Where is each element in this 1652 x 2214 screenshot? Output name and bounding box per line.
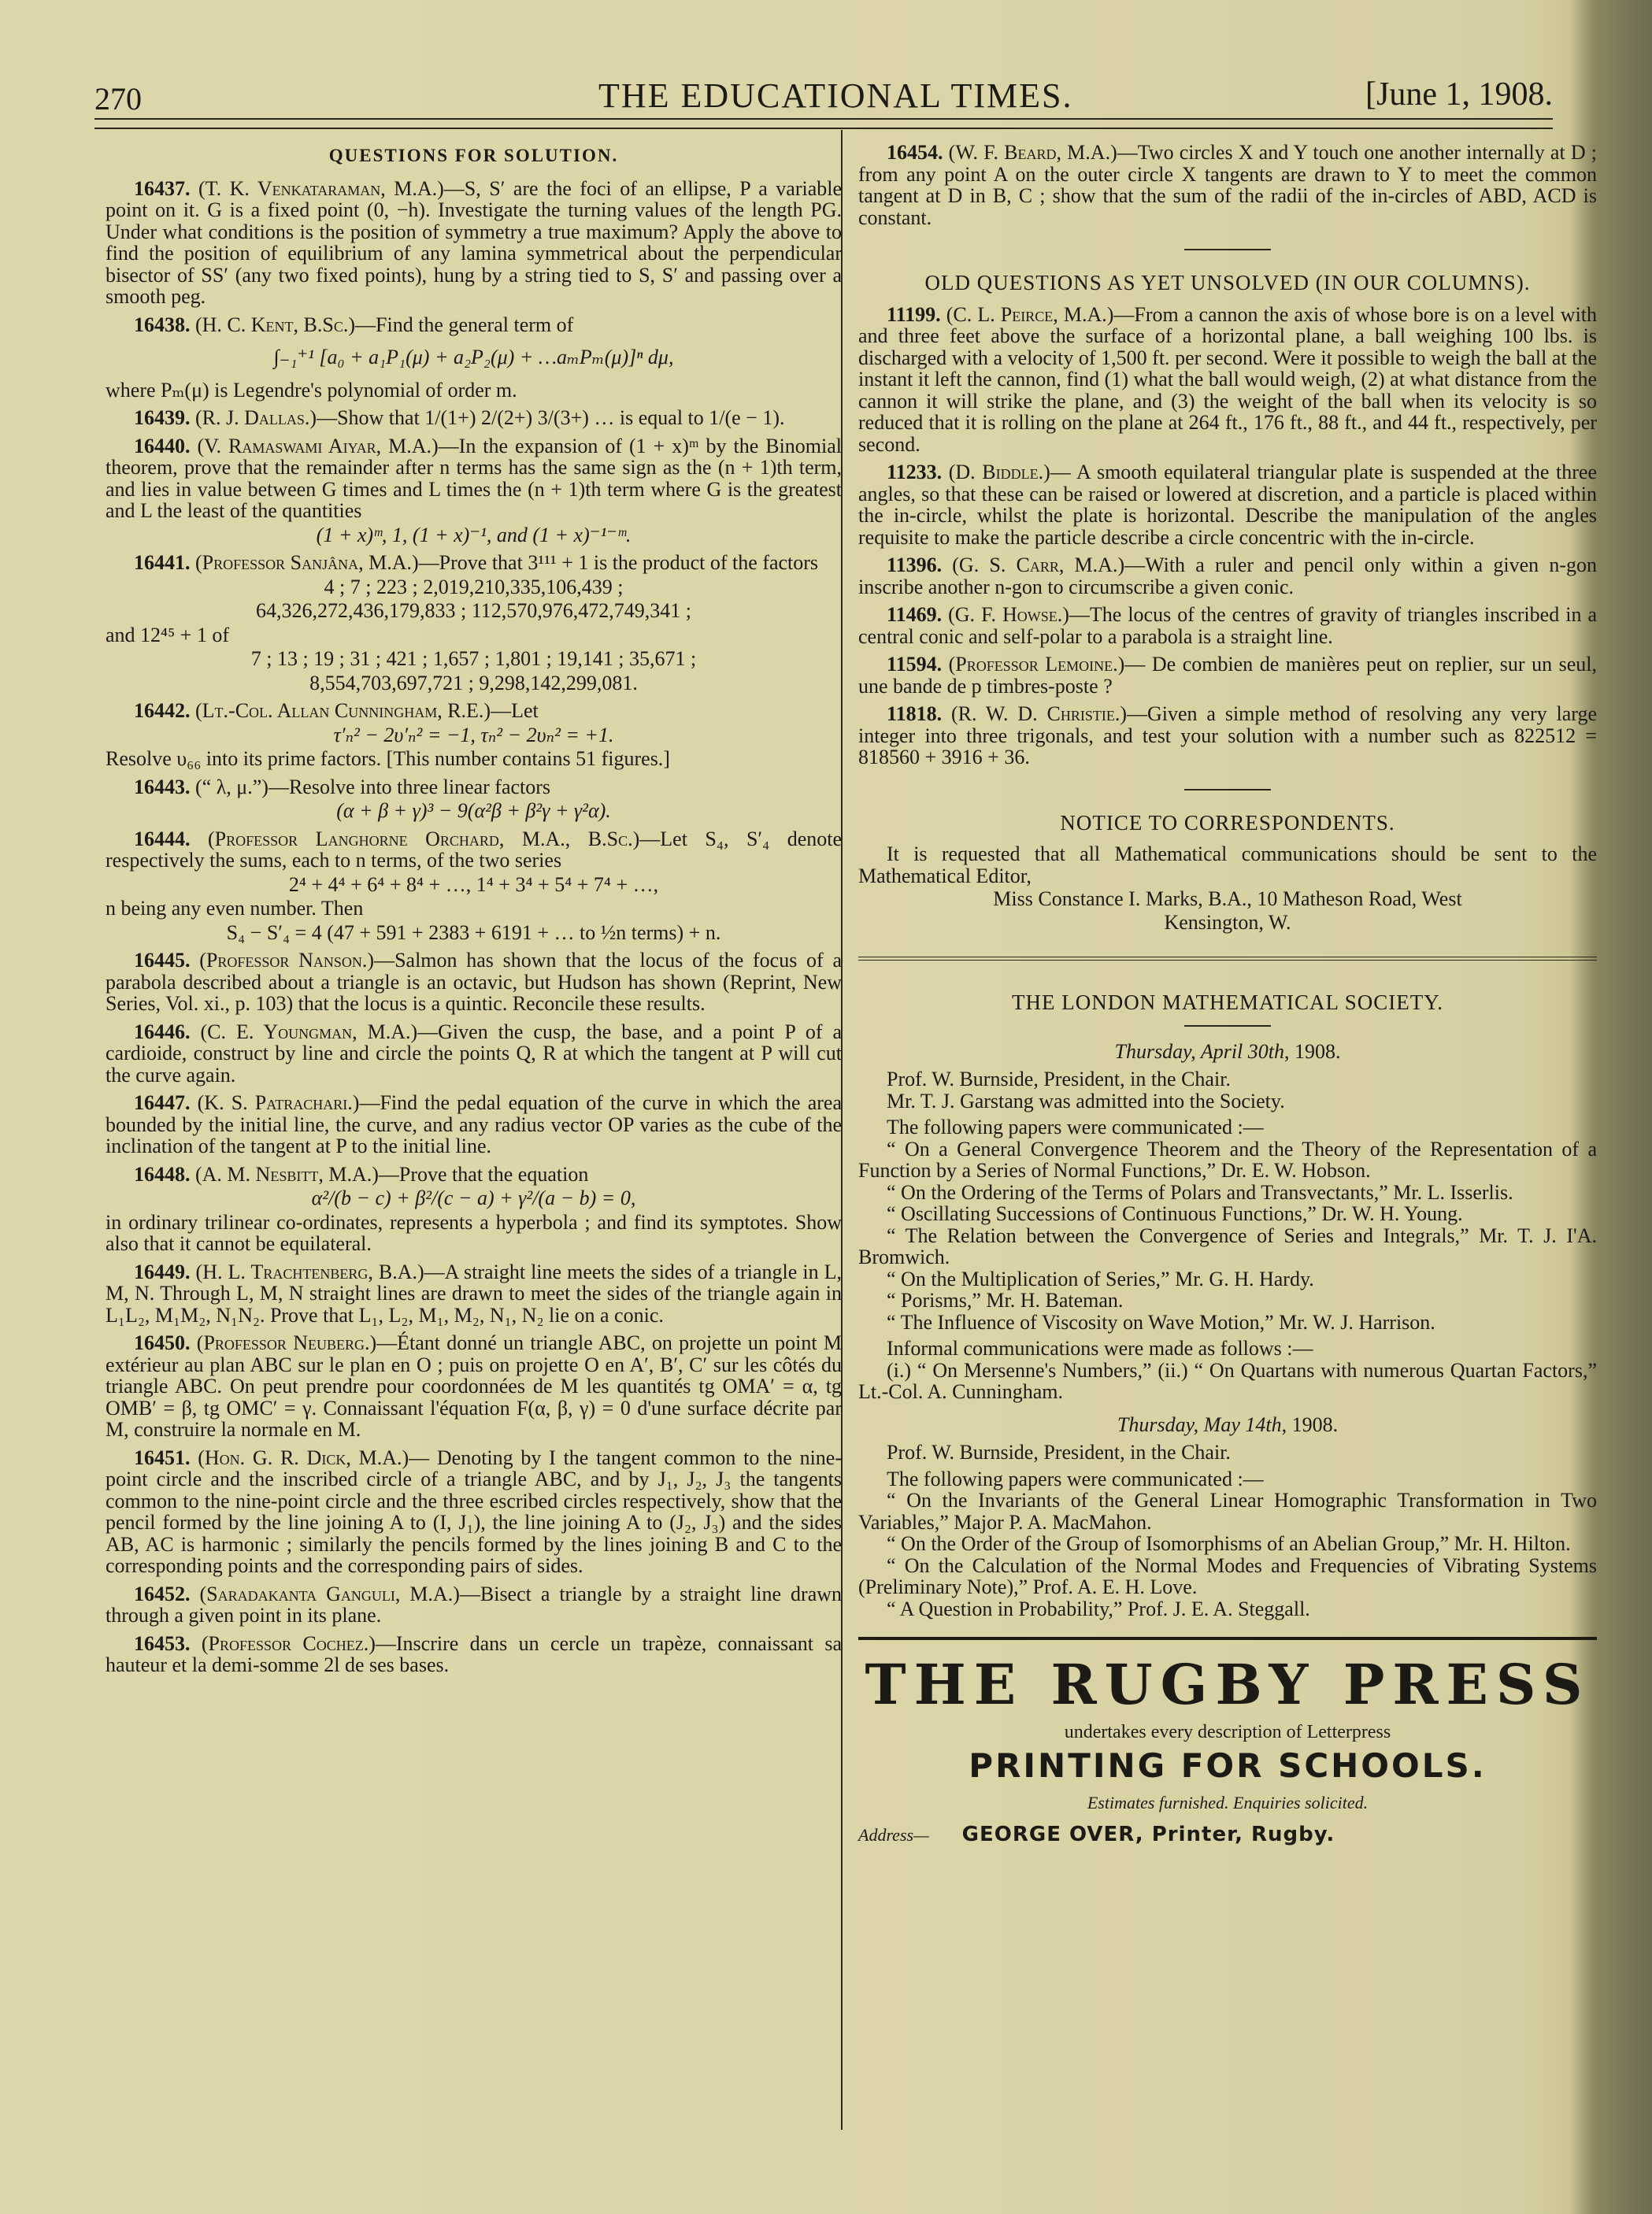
- question-text: —Resolve into three linear factors: [269, 776, 550, 798]
- paper-item: “ On the Ordering of the Terms of Polars…: [858, 1182, 1597, 1204]
- question-number: 11594.: [887, 653, 942, 676]
- notice-text: It is requested that all Mathematical co…: [858, 843, 1597, 887]
- question-author: (G. S. Carr, M.A.): [952, 553, 1124, 576]
- ad-headline: PRINTING FOR SCHOOLS.: [858, 1755, 1597, 1777]
- question-number: 11818.: [887, 702, 942, 725]
- question-16445: 16445. (Professor Nanson.)—Salmon has sh…: [106, 950, 842, 1015]
- question-16454: 16454. (W. F. Beard, M.A.)—Two circles X…: [858, 142, 1597, 228]
- question-number: 16445.: [134, 949, 191, 972]
- meeting-chair: Prof. W. Burnside, President, in the Cha…: [858, 1442, 1597, 1464]
- meeting-admission: Mr. T. J. Garstang was admitted into the…: [858, 1090, 1597, 1113]
- question-16437: 16437. (T. K. Venkataraman, M.A.)—S, S′ …: [106, 178, 842, 308]
- section-separator: [1184, 249, 1271, 250]
- trilinear-equation: α²/(b − c) + β²/(c − a) + γ²/(a − b) = 0…: [106, 1187, 842, 1209]
- ad-subtitle: undertakes every description of Letterpr…: [858, 1722, 1597, 1744]
- newspaper-page: 270 THE EDUCATIONAL TIMES. [June 1, 1908…: [0, 0, 1652, 2214]
- question-16446: 16446. (C. E. Youngman, M.A.)—Given the …: [106, 1021, 842, 1087]
- question-author: (H. C. Kent, B.Sc.): [195, 313, 355, 336]
- question-author: (Lt.-Col. Allan Cunningham, R.E.): [195, 699, 491, 722]
- advertisement-rule: [858, 1637, 1597, 1640]
- advertisement-rugby-press: THE RUGBY PRESS undertakes every descrip…: [858, 1653, 1597, 1846]
- question-number: 16440.: [134, 435, 191, 457]
- paper-item: “ On a General Convergence Theorem and t…: [858, 1138, 1597, 1182]
- question-author: (Professor Sanjâna, M.A.): [195, 551, 419, 574]
- question-number: 11469.: [887, 603, 942, 626]
- question-text: —Prove that the equation: [379, 1163, 588, 1186]
- question-author: (Hon. G. R. Dick, M.A.): [198, 1446, 409, 1469]
- question-continuation: where Pₘ(μ) is Legendre's polynomial of …: [106, 379, 842, 402]
- ad-note: Estimates furnished. Enquiries solicited…: [858, 1792, 1597, 1814]
- question-number: 11396.: [887, 553, 942, 576]
- question-number: 16437.: [134, 177, 191, 200]
- notice-address: Miss Constance I. Marks, B.A., 10 Mathes…: [858, 888, 1597, 910]
- ad-title: THE RUGBY PRESS: [858, 1653, 1597, 1717]
- question-author: (C. L. Peirce, M.A.): [946, 303, 1114, 326]
- papers-intro: The following papers were communicated :…: [858, 1116, 1597, 1138]
- old-question-11233: 11233. (D. Biddle.)— A smooth equilatera…: [858, 461, 1597, 548]
- question-continuation: n being any even number. Then: [106, 898, 842, 920]
- question-16452: 16452. (Saradakanta Ganguli, M.A.)—Bisec…: [106, 1583, 842, 1627]
- question-16448: 16448. (A. M. Nesbitt, M.A.)—Prove that …: [106, 1164, 842, 1255]
- paper-item: “ A Question in Probability,” Prof. J. E…: [858, 1598, 1597, 1620]
- pell-equation: τ′ₙ² − 2υ′ₙ² = −1, τₙ² − 2υₙ² = +1.: [106, 724, 842, 746]
- question-number: 16448.: [134, 1163, 191, 1186]
- question-number: 11199.: [887, 303, 941, 326]
- paper-item: “ On the Order of the Group of Isomorphi…: [858, 1533, 1597, 1555]
- question-author: (R. J. Dallas.): [195, 406, 317, 429]
- question-number: 16444.: [134, 827, 191, 850]
- ad-address: Address—GEORGE OVER, Printer, Rugby.: [858, 1823, 1597, 1846]
- question-number: 16453.: [134, 1632, 191, 1655]
- paper-item: “ On the Invariants of the General Linea…: [858, 1490, 1597, 1533]
- section-title-questions: QUESTIONS FOR SOLUTION.: [106, 145, 842, 167]
- old-question-11818: 11818. (R. W. D. Christie.)—Given a simp…: [858, 703, 1597, 768]
- question-16450: 16450. (Professor Neuberg.)—Étant donné …: [106, 1332, 842, 1441]
- ad-address-value: GEORGE OVER, Printer, Rugby.: [962, 1823, 1335, 1846]
- question-number: 16451.: [134, 1446, 191, 1469]
- binomial-quantities: (1 + x)ᵐ, 1, (1 + x)⁻¹, and (1 + x)⁻¹⁻ᵐ.: [106, 524, 842, 546]
- old-question-11396: 11396. (G. S. Carr, M.A.)—With a ruler a…: [858, 554, 1597, 598]
- question-number: 16439.: [134, 406, 191, 429]
- section-title-society: THE LONDON MATHEMATICAL SOCIETY.: [858, 992, 1597, 1014]
- question-number: 16438.: [134, 313, 191, 336]
- question-16453: 16453. (Professor Cochez.)—Inscrire dans…: [106, 1633, 842, 1676]
- question-continuation: Resolve υ₆₆ into its prime factors. [Thi…: [106, 748, 842, 770]
- paper-item: “ Porisms,” Mr. H. Bateman.: [858, 1290, 1597, 1312]
- question-text: —Show that 1/(1+) 2/(2+) 3/(3+) … is equ…: [317, 406, 784, 429]
- old-question-11199: 11199. (C. L. Peirce, M.A.)—From a canno…: [858, 304, 1597, 456]
- factor-line: 4 ; 7 ; 223 ; 2,019,210,335,106,439 ;: [106, 576, 842, 598]
- question-author: (Professor Nanson.): [199, 949, 374, 972]
- meeting-april-30: Thursday, April 30th, 1908. Prof. W. Bur…: [858, 1041, 1597, 1403]
- question-author: (A. M. Nesbitt, M.A.): [195, 1163, 379, 1186]
- question-number: 16442.: [134, 699, 191, 722]
- question-number: 16447.: [134, 1091, 191, 1114]
- page-header: 270 THE EDUCATIONAL TIMES. [June 1, 1908…: [94, 72, 1553, 120]
- right-column: 16454. (W. F. Beard, M.A.)—Two circles X…: [858, 142, 1597, 1846]
- question-continuation: in ordinary trilinear co-ordinates, repr…: [106, 1212, 842, 1255]
- paper-item: “ On the Calculation of the Normal Modes…: [858, 1555, 1597, 1598]
- question-continuation: and 12⁴⁵ + 1 of: [106, 624, 842, 646]
- section-double-rule: [858, 957, 1597, 961]
- meeting-chair: Prof. W. Burnside, President, in the Cha…: [858, 1068, 1597, 1090]
- question-author: (Professor Cochez.): [202, 1632, 376, 1655]
- question-number: 16441.: [134, 551, 191, 574]
- paper-item: “ Oscillating Successions of Continuous …: [858, 1203, 1597, 1225]
- question-text: —Let: [491, 699, 539, 722]
- question-16443: 16443. (“ λ, μ.”)—Resolve into three lin…: [106, 776, 842, 822]
- question-16442: 16442. (Lt.-Col. Allan Cunningham, R.E.)…: [106, 700, 842, 770]
- cubic-expression: (α + β + γ)³ − 9(α²β + β²γ + γ²α).: [106, 800, 842, 822]
- question-number: 16443.: [134, 776, 191, 798]
- question-number: 11233.: [887, 461, 942, 483]
- question-number: 16452.: [134, 1583, 191, 1605]
- meeting-date: Thursday, April 30th, 1908.: [858, 1041, 1597, 1063]
- factor-line: 64,326,272,436,179,833 ; 112,570,976,472…: [106, 600, 842, 622]
- papers-intro: The following papers were communicated :…: [858, 1468, 1597, 1490]
- section-title-notice: NOTICE TO CORRESPONDENTS.: [858, 813, 1597, 835]
- meeting-date: Thursday, May 14th, 1908.: [858, 1414, 1597, 1436]
- meeting-may-14: Thursday, May 14th, 1908. Prof. W. Burns…: [858, 1414, 1597, 1620]
- question-author: (Saradakanta Ganguli, M.A.): [199, 1583, 459, 1605]
- old-question-11469: 11469. (G. F. Howse.)—The locus of the c…: [858, 604, 1597, 647]
- question-author: (W. F. Beard, M.A.): [949, 141, 1117, 164]
- factor-line: 8,554,703,697,721 ; 9,298,142,299,081.: [106, 672, 842, 694]
- question-author: (V. Ramaswami Aiyar, M.A.): [197, 435, 438, 457]
- question-author: (H. L. Trachtenberg, B.A.): [196, 1261, 424, 1283]
- question-16438: 16438. (H. C. Kent, B.Sc.)—Find the gene…: [106, 314, 842, 402]
- ad-address-label: Address—: [858, 1825, 929, 1845]
- section-separator: [1184, 789, 1271, 790]
- question-author: (Professor Lemoine.): [949, 653, 1125, 676]
- paper-item: “ The Relation between the Convergence o…: [858, 1225, 1597, 1268]
- factor-line: 7 ; 13 ; 19 ; 31 ; 421 ; 1,657 ; 1,801 ;…: [106, 648, 842, 670]
- informal-intro: Informal communications were made as fol…: [858, 1338, 1597, 1360]
- question-author: (K. S. Patrachari.): [198, 1091, 360, 1114]
- old-question-11594: 11594. (Professor Lemoine.)— De combien …: [858, 653, 1597, 697]
- question-number: 16446.: [134, 1020, 191, 1043]
- question-author: (C. E. Youngman, M.A.): [200, 1020, 417, 1043]
- question-author: (“ λ, μ.”): [195, 776, 269, 798]
- question-16439: 16439. (R. J. Dallas.)—Show that 1/(1+) …: [106, 407, 842, 429]
- issue-date: [June 1, 1908.: [1365, 76, 1553, 113]
- question-author: (Professor Neuberg.): [197, 1331, 376, 1354]
- informal-item: (i.) “ On Mersenne's Numbers,” (ii.) “ O…: [858, 1360, 1597, 1403]
- question-text: —From a cannon the axis of whose bore is…: [858, 303, 1597, 456]
- section-title-old-questions: OLD QUESTIONS AS YET UNSOLVED (IN OUR CO…: [858, 272, 1597, 294]
- question-16449: 16449. (H. L. Trachtenberg, B.A.)—A stra…: [106, 1261, 842, 1327]
- question-16451: 16451. (Hon. G. R. Dick, M.A.)— Denoting…: [106, 1447, 842, 1577]
- paper-item: “ The Influence of Viscosity on Wave Mot…: [858, 1312, 1597, 1334]
- question-16440: 16440. (V. Ramaswami Aiyar, M.A.)—In the…: [106, 435, 842, 546]
- series-equation: 2⁴ + 4⁴ + 6⁴ + 8⁴ + …, 1⁴ + 3⁴ + 5⁴ + 7⁴…: [106, 874, 842, 896]
- question-author: (R. W. D. Christie.): [951, 702, 1127, 725]
- question-number: 16454.: [887, 141, 943, 164]
- question-author: (T. K. Venkataraman, M.A.): [198, 177, 444, 200]
- header-double-rule: [94, 118, 1553, 129]
- section-separator: [1184, 1025, 1271, 1027]
- question-author: (G. F. Howse.): [948, 603, 1069, 626]
- question-author: (D. Biddle.): [949, 461, 1050, 483]
- question-text: —Prove that 3¹¹¹ + 1 is the product of t…: [419, 551, 818, 574]
- notice-address-city: Kensington, W.: [858, 912, 1597, 934]
- question-16444: 16444. (Professor Langhorne Orchard, M.A…: [106, 828, 842, 944]
- page-number: 270: [94, 80, 142, 117]
- left-column: QUESTIONS FOR SOLUTION. 16437. (T. K. Ve…: [106, 142, 842, 1683]
- paper-item: “ On the Multiplication of Series,” Mr. …: [858, 1268, 1597, 1290]
- integral-equation: ∫₋₁⁺¹ [a₀ + a₁P₁(μ) + a₂P₂(μ) + …aₘPₘ(μ)…: [106, 346, 842, 368]
- sum-equation: S₄ − S′₄ = 4 (47 + 591 + 2383 + 6191 + ……: [106, 922, 842, 944]
- masthead-title: THE EDUCATIONAL TIMES.: [598, 76, 1073, 116]
- question-16447: 16447. (K. S. Patrachari.)—Find the peda…: [106, 1092, 842, 1157]
- question-number: 16450.: [134, 1331, 191, 1354]
- question-16441: 16441. (Professor Sanjâna, M.A.)—Prove t…: [106, 552, 842, 694]
- question-author: (Professor Langhorne Orchard, M.A., B.Sc…: [208, 827, 639, 850]
- question-text: —Find the general term of: [355, 313, 573, 336]
- question-number: 16449.: [134, 1261, 191, 1283]
